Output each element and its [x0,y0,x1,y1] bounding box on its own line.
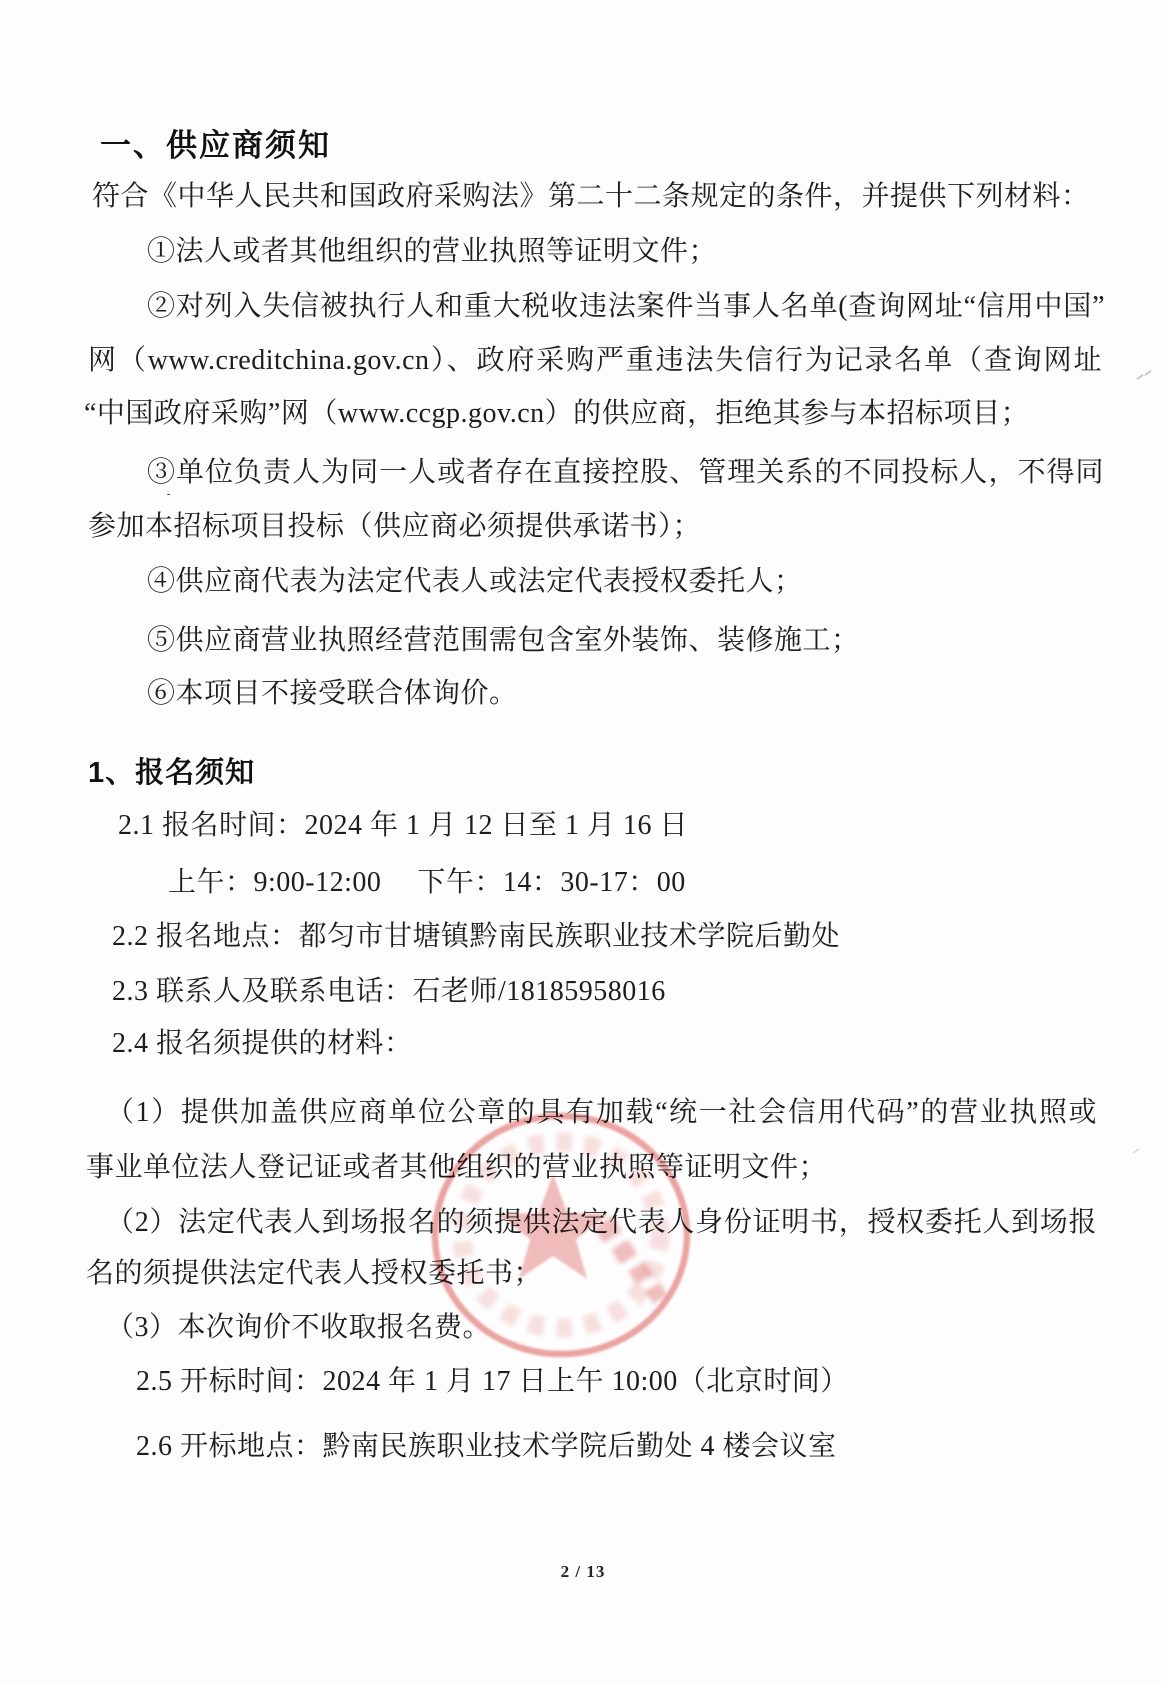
paragraph-line: 符合《中华人民共和国政府采购法》第二十二条规定的条件，并提供下列材料： [92,179,1090,215]
document-page: 一、供应商须知 符合《中华人民共和国政府采购法》第二十二条规定的条件，并提供下列… [0,0,1166,1684]
paragraph-line: 上午：9:00-12:00 下午：14：30-17：00 [168,865,686,901]
paragraph-line: 事业单位法人登记证或者其他组织的营业执照等证明文件； [86,1150,827,1186]
paragraph-line: 参加本招标项目投标（供应商必须提供承诺书）； [88,509,701,545]
paragraph-line: ⑥本项目不接受联合体询价。 [147,676,518,712]
paragraph-line: 2.2 报名地点：都匀市甘塘镇黔南民族职业技术学院后勤处 [112,919,840,955]
paragraph-line: ⑤供应商营业执照经营范围需包含室外装饰、装修施工； [147,623,860,659]
paragraph-line: （2）法定代表人到场报名的须提供法定代表人身份证明书，授权委托人到场报 [106,1205,1097,1245]
paragraph-line: 2.5 开标时间：2024 年 1 月 17 日上午 10:00（北京时间） [136,1364,849,1400]
paragraph-line: ①法人或者其他组织的营业执照等证明文件； [147,234,717,270]
paragraph-line: 2.4 报名须提供的材料： [112,1026,413,1062]
paragraph-line: （3）本次询价不收取报名费。 [106,1310,491,1346]
paragraph-line: ④供应商代表为法定代表人或法定代表授权委托人； [147,564,803,600]
paragraph-line: （1）提供加盖供应商单位公章的具有加载“统一社会信用代码”的营业执照或 [106,1095,1097,1135]
paragraph-line: “中国政府采购”网（www.ccgp.gov.cn）的供应商，拒绝其参与本招标项… [84,396,1029,432]
section1-heading: 一、供应商须知 [100,128,331,164]
paragraph-line: 网（www.creditchina.gov.cn）、政府采购严重违法失信行为记录… [88,343,1102,383]
paragraph-line: 2.3 联系人及联系电话：石老师/18185958016 [112,974,666,1010]
scan-artifact [1144,370,1152,376]
paragraph-line: ③单位负责人为同一人或者存在直接控股、管理关系的不同投标人，不得同时 [147,455,1104,495]
paragraph-line: 2.1 报名时间：2024 年 1 月 12 日至 1 月 16 日 [118,808,688,844]
scan-artifact [1132,1148,1140,1154]
page-number: 2 / 13 [0,1562,1166,1582]
scan-artifact [1136,374,1144,380]
paragraph-line: 名的须提供法定代表人授权委托书； [86,1256,542,1292]
section2-heading: 1、报名须知 [88,755,255,791]
paragraph-line: 2.6 开标地点：黔南民族职业技术学院后勤处 4 楼会议室 [136,1429,837,1465]
paragraph-line: ②对列入失信被执行人和重大税收违法案件当事人名单(查询网址“信用中国” [147,289,1105,329]
